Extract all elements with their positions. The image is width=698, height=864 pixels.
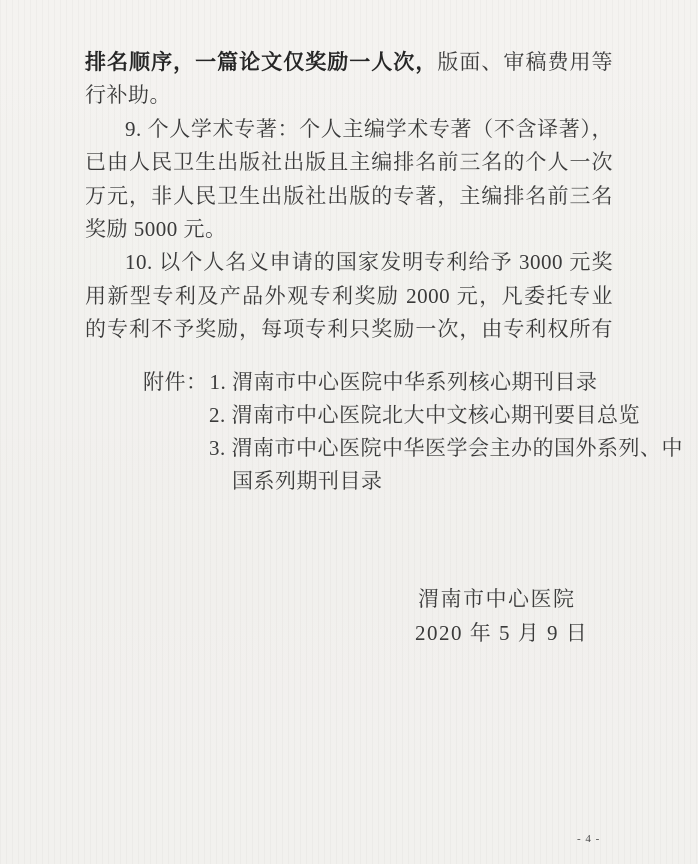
paragraph-continuation-line-2: 行补助。 (85, 79, 613, 112)
signature-date: 2020 年 5 月 9 日 (415, 617, 588, 651)
scanned-document-page: 排名顺序，一篇论文仅奖励一人次，版面、审稿费用等不再另 行补助。 9. 个人学术… (0, 0, 698, 864)
item-9-line-3: 万元，非人民卫生出版社出版的专著，主编排名前三名的个人 (85, 180, 613, 213)
signature-block: 渭南市中心医院 2020 年 5 月 9 日 (415, 583, 588, 650)
signature-organization: 渭南市中心医院 (415, 583, 588, 617)
attachment-1-text: 1. 渭南市中心医院中华系列核心期刊目录 (210, 370, 598, 394)
emphasis-text: 排名顺序，一篇论文仅奖励一人次， (85, 50, 437, 74)
item-9-line-4: 奖励 5000 元。 (85, 213, 613, 246)
item-9-line-1: 9. 个人学术专著：个人主编学术专著（不含译著），专著 (85, 113, 613, 146)
paragraph-continuation-line-1: 排名顺序，一篇论文仅奖励一人次，版面、审稿费用等不再另 (85, 46, 613, 79)
item-10-line-3: 的专利不予奖励，每项专利只奖励一次，由专利权所有人领取。 (85, 313, 613, 346)
page-number: - 4 - (577, 833, 600, 845)
attachment-item-3-line-1: 3. 渭南市中心医院中华医学会主办的国外系列、中 (85, 432, 625, 465)
attachment-item-3-line-2: 国系列期刊目录 (85, 465, 625, 498)
attachment-item-1: 附件：1. 渭南市中心医院中华系列核心期刊目录 (85, 366, 625, 399)
attachments-block: 附件：1. 渭南市中心医院中华系列核心期刊目录 2. 渭南市中心医院北大中文核心… (85, 366, 625, 498)
document-body: 排名顺序，一篇论文仅奖励一人次，版面、审稿费用等不再另 行补助。 9. 个人学术… (85, 46, 613, 347)
attachment-item-2: 2. 渭南市中心医院北大中文核心期刊要目总览 (85, 399, 625, 432)
item-9-line-2: 已由人民卫生出版社出版且主编排名前三名的个人一次奖励 1 (85, 146, 613, 179)
item-10-line-2: 用新型专利及产品外观专利奖励 2000 元，凡委托专业机构代理 (85, 280, 613, 313)
attachments-label: 附件： (143, 370, 208, 394)
item-10-line-1: 10. 以个人名义申请的国家发明专利给予 3000 元奖励，实 (85, 246, 613, 279)
